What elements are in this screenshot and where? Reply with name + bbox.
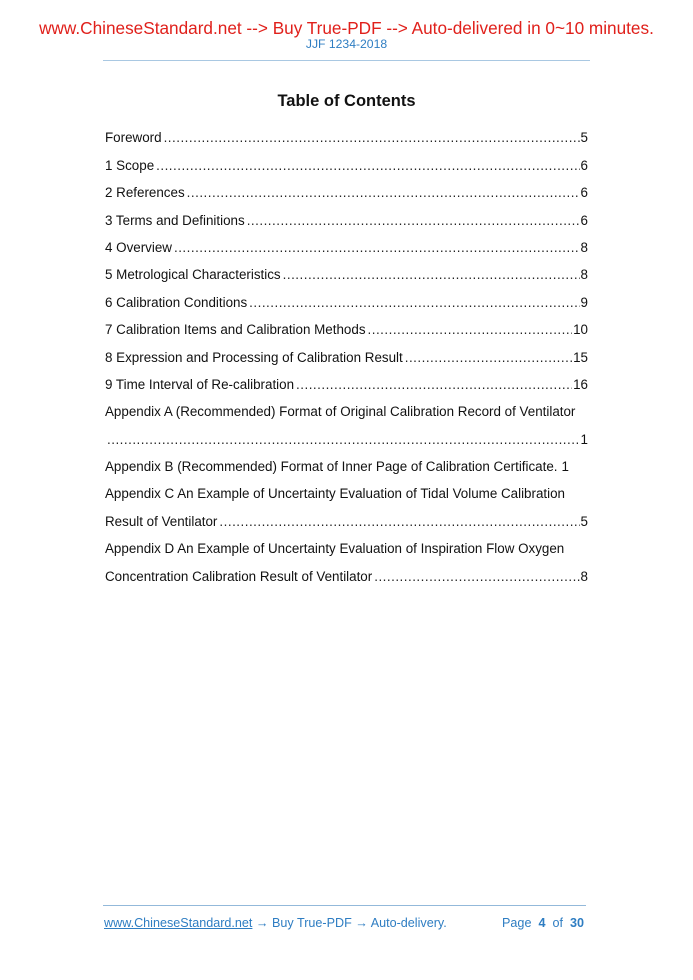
footer-divider (103, 905, 586, 906)
toc-entry-appendix-d[interactable]: Appendix D An Example of Uncertainty Eva… (105, 532, 588, 559)
total-pages: 30 (570, 916, 584, 930)
header-divider (103, 60, 590, 61)
toc-entry-appendix-d-continued[interactable]: Concentration Calibration Result of Vent… (105, 559, 588, 586)
arrow-right-icon: → (355, 916, 368, 930)
page-number: 6 (581, 211, 588, 231)
page-number: 5 (581, 512, 588, 532)
toc-entry-metrological-characteristics[interactable]: 5 Metrological Characteristics 8 (105, 258, 588, 285)
toc-entry-foreword[interactable]: Foreword 5 (105, 121, 588, 148)
dot-leader (283, 265, 580, 285)
dot-leader (405, 348, 572, 368)
page-number: 8 (581, 265, 588, 285)
toc-entry-appendix-c-continued[interactable]: Result of Ventilator 5 (105, 504, 588, 531)
toc-entry-appendix-a[interactable]: Appendix A (Recommended) Format of Origi… (105, 395, 588, 422)
toc-entry-recalibration-interval[interactable]: 9 Time Interval of Re-calibration 16 (105, 368, 588, 395)
toc-entry-terms-definitions[interactable]: 3 Terms and Definitions 6 (105, 203, 588, 230)
current-page: 4 (538, 916, 545, 930)
dot-leader (187, 183, 580, 203)
page-number: 8 (581, 567, 588, 587)
page-number: 1 (581, 430, 588, 450)
page-number: 1 (562, 457, 569, 477)
toc-entry-overview[interactable]: 4 Overview 8 (105, 231, 588, 258)
page-number: 9 (581, 293, 588, 313)
page-indicator: Page 4 of 30 (502, 915, 584, 931)
dot-leader (174, 238, 580, 258)
dot-leader (164, 128, 580, 148)
page-number: 16 (573, 375, 588, 395)
toc-entry-appendix-c[interactable]: Appendix C An Example of Uncertainty Eva… (105, 477, 588, 504)
page-number: 5 (581, 128, 588, 148)
dot-leader (247, 211, 580, 231)
website-link[interactable]: www.ChineseStandard.net (104, 916, 252, 930)
toc-entry-calibration-items-methods[interactable]: 7 Calibration Items and Calibration Meth… (105, 313, 588, 340)
page-number: 8 (581, 238, 588, 258)
toc-entry-references[interactable]: 2 References 6 (105, 176, 588, 203)
dot-leader (156, 156, 579, 176)
dot-leader (296, 375, 572, 395)
buy-text: Buy True-PDF (272, 916, 352, 930)
dot-leader (107, 430, 580, 450)
header-banner: www.ChineseStandard.net --> Buy True-PDF… (0, 18, 693, 38)
toc-entry-scope[interactable]: 1 Scope 6 (105, 148, 588, 175)
page-number: 6 (581, 156, 588, 176)
document-number: JJF 1234-2018 (0, 37, 693, 52)
toc-entry-calibration-conditions[interactable]: 6 Calibration Conditions 9 (105, 285, 588, 312)
delivery-text: Auto-delivery. (371, 916, 447, 930)
page-number: 10 (573, 320, 588, 340)
toc-entry-appendix-b[interactable]: Appendix B (Recommended) Format of Inner… (105, 450, 588, 477)
page-title: Table of Contents (0, 91, 693, 111)
arrow-right-icon: → (256, 916, 269, 930)
toc-entry-appendix-a-continued[interactable]: 1 (105, 422, 588, 449)
dot-leader (219, 512, 579, 532)
page-footer: www.ChineseStandard.net → Buy True-PDF →… (104, 915, 586, 933)
page-number: 15 (573, 348, 588, 368)
table-of-contents: Foreword 5 1 Scope 6 2 References 6 3 Te… (105, 121, 588, 587)
dot-leader (249, 293, 579, 313)
dot-leader (368, 320, 573, 340)
toc-entry-expression-processing[interactable]: 8 Expression and Processing of Calibrati… (105, 340, 588, 367)
dot-leader (374, 567, 579, 587)
page-number: 6 (581, 183, 588, 203)
